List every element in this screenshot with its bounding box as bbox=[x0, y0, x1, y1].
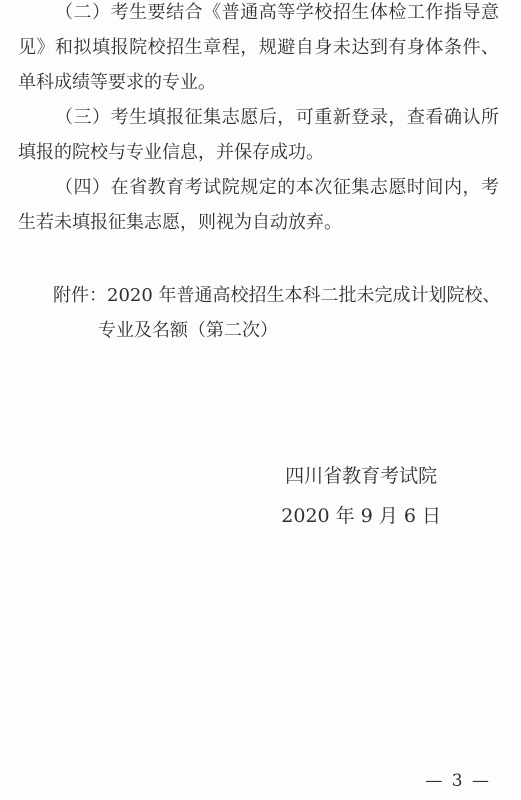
text-line: 填报的院校与专业信息，并保存成功。 bbox=[18, 135, 499, 170]
attachment-note: 附件：2020 年普通高校招生本科二批未完成计划院校、 专业及名额（第二次） bbox=[18, 278, 499, 348]
document-body: （二）考生要结合《普通高等学校招生体检工作指导意 见》和拟填报院校招生章程，规避… bbox=[18, 0, 499, 536]
page-number: — 3 — bbox=[425, 771, 491, 791]
attachment-title: 2020 年普通高校招生本科二批未完成计划院校、 bbox=[107, 285, 501, 306]
document-page: （二）考生要结合《普通高等学校招生体检工作指导意 见》和拟填报院校招生章程，规避… bbox=[0, 0, 521, 800]
text-line: （三）考生填报征集志愿后，可重新登录，查看确认所 bbox=[18, 100, 499, 135]
text-line: （四）在省教育考试院规定的本次征集志愿时间内，考 bbox=[18, 170, 499, 205]
text-line: 见》和拟填报院校招生章程，规避自身未达到有身体条件、 bbox=[18, 30, 499, 65]
attachment-label: 附件： bbox=[53, 285, 107, 306]
text-line: （二）考生要结合《普通高等学校招生体检工作指导意 bbox=[18, 0, 499, 30]
signature-issuer: 四川省教育考试院 bbox=[281, 456, 441, 496]
paragraph-item-4: （四）在省教育考试院规定的本次征集志愿时间内，考 生若未填报征集志愿，则视为自动… bbox=[18, 170, 499, 240]
attachment-title-continued: 专业及名额（第二次） bbox=[18, 313, 499, 348]
signature-block: 四川省教育考试院 2020 年 9 月 6 日 bbox=[18, 456, 499, 536]
attachment-line: 附件：2020 年普通高校招生本科二批未完成计划院校、 bbox=[18, 278, 499, 313]
text-line: 生若未填报征集志愿，则视为自动放弃。 bbox=[18, 205, 499, 240]
paragraph-item-3: （三）考生填报征集志愿后，可重新登录，查看确认所 填报的院校与专业信息，并保存成… bbox=[18, 100, 499, 170]
signature-date: 2020 年 9 月 6 日 bbox=[281, 496, 441, 536]
signature-inner: 四川省教育考试院 2020 年 9 月 6 日 bbox=[281, 456, 441, 536]
paragraph-item-2: （二）考生要结合《普通高等学校招生体检工作指导意 见》和拟填报院校招生章程，规避… bbox=[18, 0, 499, 100]
text-line: 单科成绩等要求的专业。 bbox=[18, 65, 499, 100]
